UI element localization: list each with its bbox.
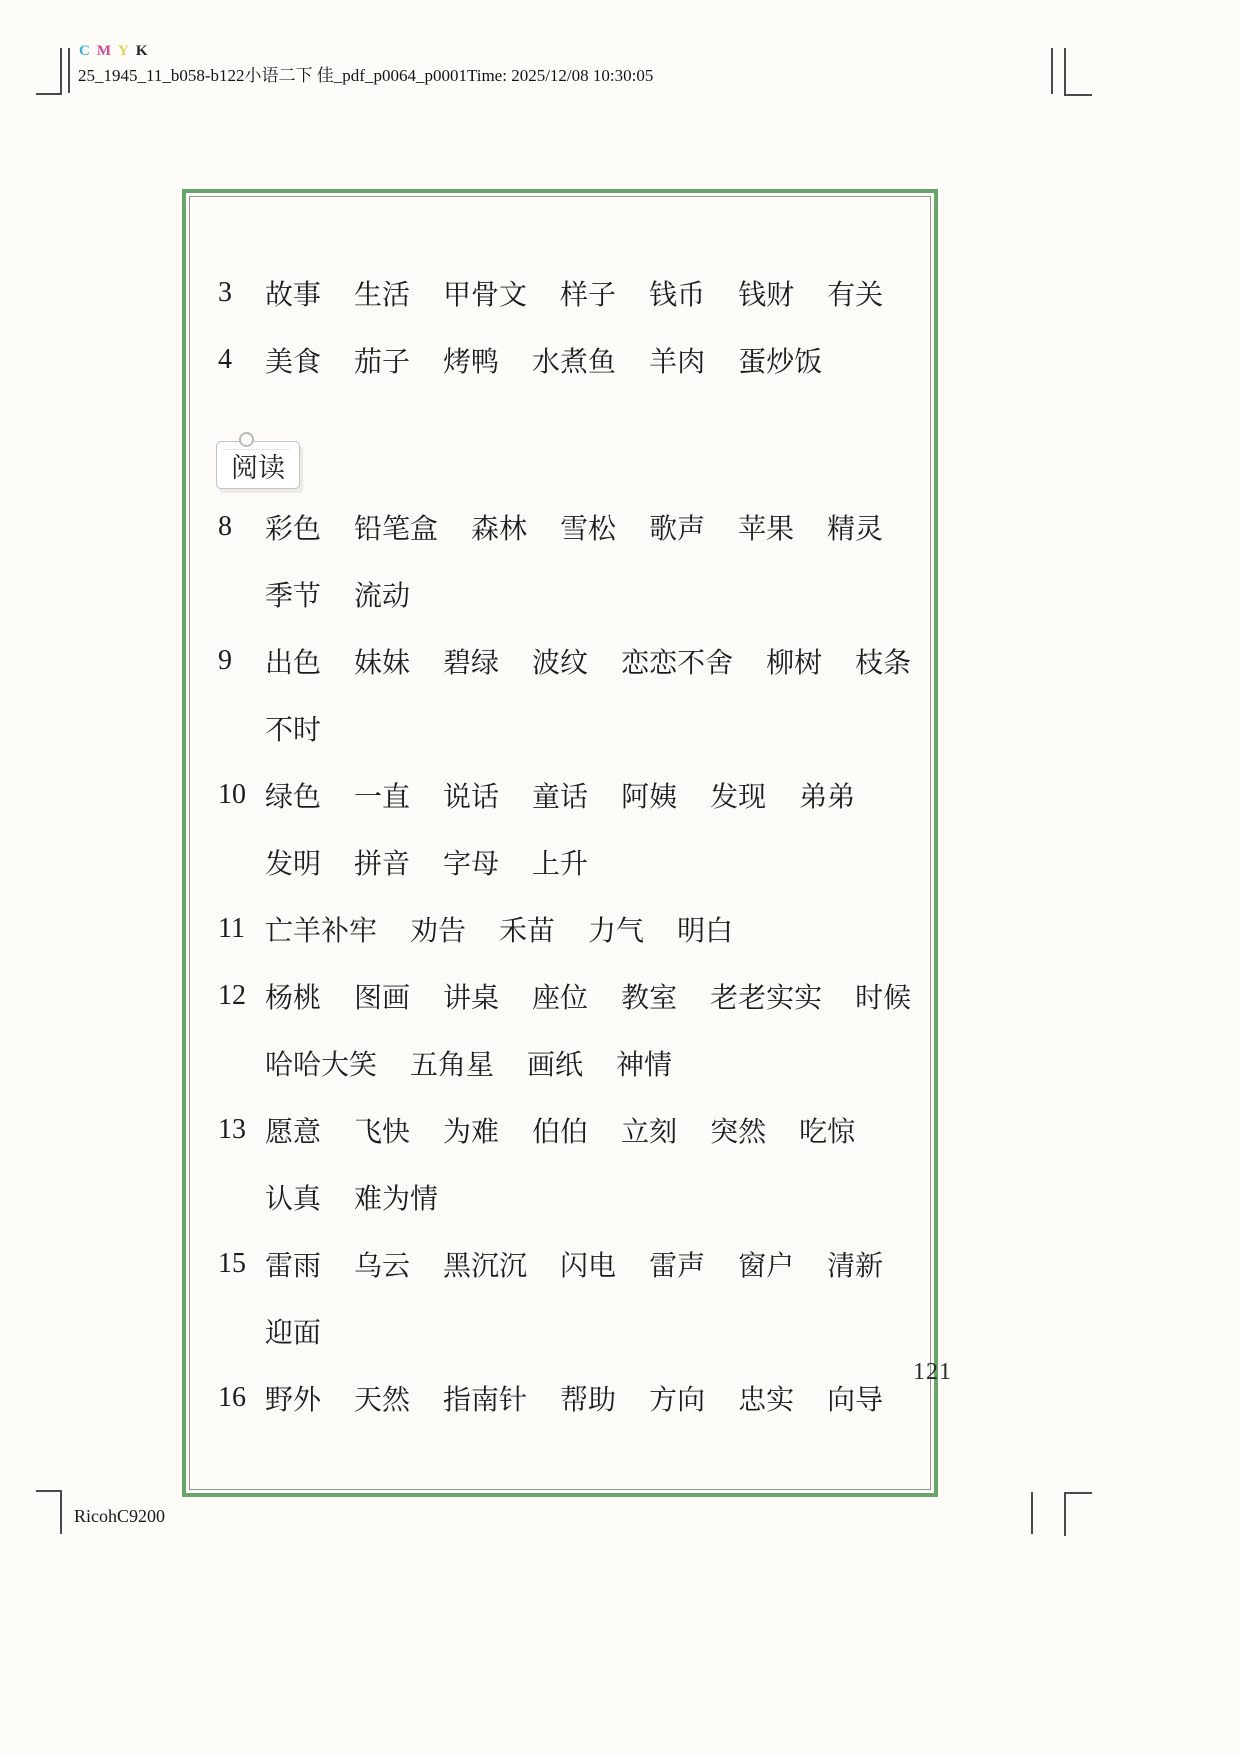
- word: 伯伯: [532, 1110, 588, 1150]
- word: 不时: [265, 708, 321, 748]
- word: 野外: [265, 1378, 321, 1418]
- word: 黑沉沉: [443, 1244, 527, 1284]
- word: 弟弟: [799, 775, 855, 815]
- word: 茄子: [354, 340, 410, 380]
- word-row: 3故事生活甲骨文样子钱币钱财有关: [190, 259, 930, 326]
- word-row: 15雷雨乌云黑沉沉闪电雷声窗户清新迎面: [190, 1230, 930, 1364]
- word-row: 11亡羊补牢劝告禾苗力气明白: [190, 895, 930, 962]
- word: 蛋炒饭: [738, 340, 822, 380]
- word: 枝条: [855, 641, 911, 681]
- word: 波纹: [532, 641, 588, 681]
- word: 歌声: [649, 507, 705, 547]
- word: 帮助: [560, 1378, 616, 1418]
- word: 拼音: [354, 842, 410, 882]
- word: 迎面: [265, 1311, 321, 1351]
- word: 铅笔盒: [354, 507, 438, 547]
- word: 明白: [677, 909, 733, 949]
- word-row-line: 10绿色一直说话童话阿姨发现弟弟: [190, 761, 930, 828]
- row-number: 13: [218, 1096, 264, 1163]
- content-frame: 3故事生活甲骨文样子钱币钱财有关4美食茄子烤鸭水煮鱼羊肉蛋炒饭阅读8彩色铅笔盒森…: [182, 189, 938, 1497]
- word: 忠实: [738, 1378, 794, 1418]
- word: 窗户: [738, 1244, 794, 1284]
- page-number: 121: [913, 1359, 952, 1386]
- word-row-line: 12杨桃图画讲桌座位教室老老实实时候: [190, 962, 930, 1029]
- word: 精灵: [827, 507, 883, 547]
- word-row-line: 季节流动: [190, 560, 930, 627]
- word: 哈哈大笑: [265, 1043, 377, 1083]
- word: 突然: [710, 1110, 766, 1150]
- word-row-line: 8彩色铅笔盒森林雪松歌声苹果精灵: [190, 493, 930, 560]
- row-number: 15: [218, 1230, 264, 1297]
- crop-mark-bottom-right: [1064, 1492, 1092, 1536]
- word: 讲桌: [443, 976, 499, 1016]
- row-number: 12: [218, 962, 264, 1029]
- row-number: 8: [218, 493, 264, 560]
- word: 老老实实: [710, 976, 822, 1016]
- word: 柳树: [766, 641, 822, 681]
- word: 难为情: [354, 1177, 438, 1217]
- word: 烤鸭: [443, 340, 499, 380]
- word: 羊肉: [649, 340, 705, 380]
- word-row: 13愿意飞快为难伯伯立刻突然吃惊认真难为情: [190, 1096, 930, 1230]
- word: 一直: [354, 775, 410, 815]
- word-row: 10绿色一直说话童话阿姨发现弟弟发明拼音字母上升: [190, 761, 930, 895]
- word: 杨桃: [265, 976, 321, 1016]
- word: 彩色: [265, 507, 321, 547]
- word-row-line: 4美食茄子烤鸭水煮鱼羊肉蛋炒饭: [190, 326, 930, 393]
- cmyk-letter: Y: [118, 43, 129, 59]
- word-row-line: 哈哈大笑五角星画纸神情: [190, 1029, 930, 1096]
- row-number: 9: [218, 627, 264, 694]
- row-number: 10: [218, 761, 264, 828]
- word: 向导: [827, 1378, 883, 1418]
- word: 劝告: [410, 909, 466, 949]
- word: 画纸: [527, 1043, 583, 1083]
- word-row-line: 9出色妹妹碧绿波纹恋恋不舍柳树枝条: [190, 627, 930, 694]
- word: 五角星: [410, 1043, 494, 1083]
- word: 出色: [265, 641, 321, 681]
- word: 雷声: [649, 1244, 705, 1284]
- word: 森林: [471, 507, 527, 547]
- row-number: 3: [218, 259, 264, 326]
- crop-mark-bottom-left: [36, 1490, 62, 1534]
- crop-mark-top-right-bar: [1051, 48, 1053, 94]
- word: 字母: [443, 842, 499, 882]
- printer-label: RicohC9200: [74, 1506, 165, 1527]
- word: 认真: [265, 1177, 321, 1217]
- crop-mark-top-right: [1064, 48, 1092, 96]
- row-number: 16: [218, 1364, 264, 1431]
- word: 碧绿: [443, 641, 499, 681]
- word: 吃惊: [799, 1110, 855, 1150]
- crop-mark-bottom-right-bar: [1031, 1492, 1033, 1534]
- word: 指南针: [443, 1378, 527, 1418]
- cmyk-letter: K: [136, 43, 148, 59]
- cmyk-label: CMYK: [79, 44, 155, 59]
- word: 妹妹: [354, 641, 410, 681]
- word: 禾苗: [499, 909, 555, 949]
- word-row-line: 13愿意飞快为难伯伯立刻突然吃惊: [190, 1096, 930, 1163]
- word: 清新: [827, 1244, 883, 1284]
- word: 时候: [855, 976, 911, 1016]
- word-row-line: 16野外天然指南针帮助方向忠实向导: [190, 1364, 930, 1431]
- word: 立刻: [621, 1110, 677, 1150]
- word: 季节: [265, 574, 321, 614]
- file-info-line: 25_1945_11_b058-b122小语二下 佳_pdf_p0064_p00…: [78, 61, 653, 86]
- word: 钱财: [738, 273, 794, 313]
- word: 天然: [354, 1378, 410, 1418]
- word-row: 12杨桃图画讲桌座位教室老老实实时候哈哈大笑五角星画纸神情: [190, 962, 930, 1096]
- word: 生活: [354, 273, 410, 313]
- word: 流动: [354, 574, 410, 614]
- word-row: 8彩色铅笔盒森林雪松歌声苹果精灵季节流动: [190, 493, 930, 627]
- word: 神情: [616, 1043, 672, 1083]
- word: 雪松: [560, 507, 616, 547]
- row-number: 11: [218, 895, 264, 962]
- word: 愿意: [265, 1110, 321, 1150]
- word: 苹果: [738, 507, 794, 547]
- word-row-line: 3故事生活甲骨文样子钱币钱财有关: [190, 259, 930, 326]
- word: 发现: [710, 775, 766, 815]
- word: 钱币: [649, 273, 705, 313]
- word: 绿色: [265, 775, 321, 815]
- row-number: 4: [218, 326, 264, 393]
- crop-mark-top-left-bar: [68, 48, 70, 93]
- cmyk-letter: C: [79, 43, 90, 59]
- word: 图画: [354, 976, 410, 1016]
- word: 甲骨文: [443, 273, 527, 313]
- word-row-line: 11亡羊补牢劝告禾苗力气明白: [190, 895, 930, 962]
- word: 乌云: [354, 1244, 410, 1284]
- word-row-line: 15雷雨乌云黑沉沉闪电雷声窗户清新: [190, 1230, 930, 1297]
- word-row: 16野外天然指南针帮助方向忠实向导: [190, 1364, 930, 1431]
- word-row-line: 迎面: [190, 1297, 930, 1364]
- word: 阿姨: [621, 775, 677, 815]
- word: 有关: [827, 273, 883, 313]
- crop-mark-top-left: [36, 48, 62, 95]
- reading-tag-block: 阅读: [190, 393, 930, 493]
- cmyk-letter: M: [97, 43, 111, 59]
- word-row-line: 发明拼音字母上升: [190, 828, 930, 895]
- word: 说话: [443, 775, 499, 815]
- word: 水煮鱼: [532, 340, 616, 380]
- word-row-line: 不时: [190, 694, 930, 761]
- word: 样子: [560, 273, 616, 313]
- reading-tag: 阅读: [216, 441, 300, 489]
- word: 故事: [265, 273, 321, 313]
- word: 童话: [532, 775, 588, 815]
- word: 亡羊补牢: [265, 909, 377, 949]
- word: 美食: [265, 340, 321, 380]
- word: 飞快: [354, 1110, 410, 1150]
- word: 为难: [443, 1110, 499, 1150]
- word: 闪电: [560, 1244, 616, 1284]
- word: 雷雨: [265, 1244, 321, 1284]
- word: 力气: [588, 909, 644, 949]
- word: 方向: [649, 1378, 705, 1418]
- word-row-line: 认真难为情: [190, 1163, 930, 1230]
- word-row: 9出色妹妹碧绿波纹恋恋不舍柳树枝条不时: [190, 627, 930, 761]
- word: 座位: [532, 976, 588, 1016]
- word: 上升: [532, 842, 588, 882]
- content-frame-inner: 3故事生活甲骨文样子钱币钱财有关4美食茄子烤鸭水煮鱼羊肉蛋炒饭阅读8彩色铅笔盒森…: [189, 196, 931, 1490]
- word: 恋恋不舍: [621, 641, 733, 681]
- word: 教室: [621, 976, 677, 1016]
- word: 发明: [265, 842, 321, 882]
- word-row: 4美食茄子烤鸭水煮鱼羊肉蛋炒饭: [190, 326, 930, 393]
- word-list: 3故事生活甲骨文样子钱币钱财有关4美食茄子烤鸭水煮鱼羊肉蛋炒饭阅读8彩色铅笔盒森…: [190, 197, 930, 1431]
